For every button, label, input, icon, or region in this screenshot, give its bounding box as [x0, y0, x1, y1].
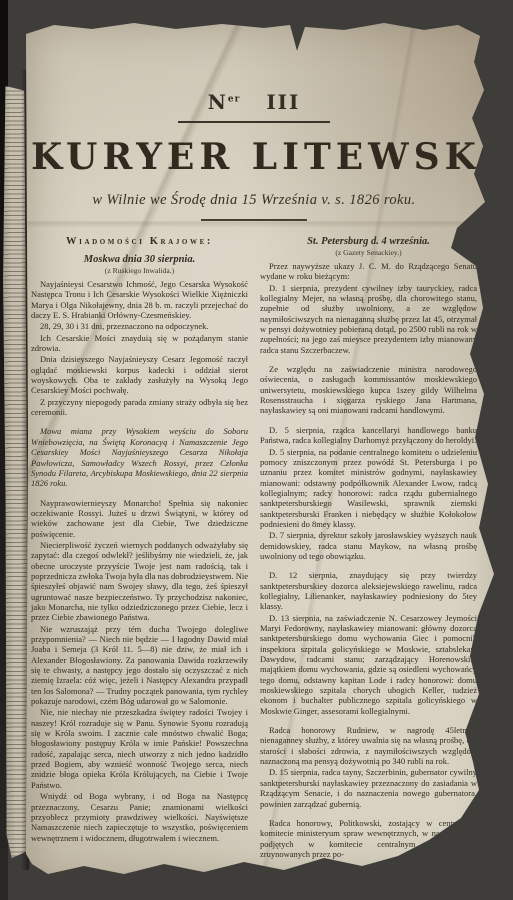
- newspaper-page: NerIII KURYER LITEWSKI w Wilnie we Środę…: [26, 18, 506, 882]
- paragraph: Wniydź od Boga wybrany, i od Boga na Nas…: [31, 791, 248, 843]
- paragraph: D. 12 sierpnia, znaydujący się przy twie…: [260, 570, 477, 611]
- article-columns: Wiadomości Krajowe: Moskwa dnia 30 sierp…: [31, 236, 477, 859]
- left-column: Wiadomości Krajowe: Moskwa dnia 30 sierp…: [31, 236, 248, 859]
- paragraph: Nayprawowiernieyszy Monarcho! Spełnia si…: [31, 498, 248, 539]
- right-article-source: (z Gazety Senackiey.): [260, 248, 477, 257]
- paragraph: D. 5 sierpnia, rządca kancellaryi handlo…: [260, 425, 477, 446]
- issue-prefix: N: [208, 90, 228, 114]
- issue-numeral: III: [266, 90, 300, 114]
- paragraph: Mowa miana przy Wysokiem weyściu do Sobo…: [31, 426, 248, 488]
- right-column: St. Petersburg d. 4 września. (z Gazety …: [260, 236, 477, 859]
- masthead: NerIII KURYER LITEWSKI w Wilnie we Środę…: [31, 18, 477, 221]
- paragraph: D. 15 sierpnia, radca tayny, Szczerbinin…: [260, 767, 477, 808]
- masthead-rule-bottom: [201, 219, 307, 221]
- paragraph: Ze względu na zaświadczenie ministra nar…: [260, 364, 477, 416]
- masthead-rule-top: [178, 121, 330, 123]
- left-article-source: (z Ruskiego Inwalida.): [31, 266, 248, 275]
- newspaper-title: KURYER LITEWSKI: [31, 136, 477, 178]
- paragraph: Dnia dzisieyszego Nayjaśnieyszy Cesarz J…: [31, 354, 248, 395]
- left-article-heading: Moskwa dnia 30 sierpnia.: [31, 254, 248, 265]
- section-heading: Wiadomości Krajowe:: [31, 236, 248, 247]
- paragraph: Przez naywyższe ukazy J. C. M. do Rządzą…: [260, 261, 477, 282]
- paragraph: Niecierpliwość życzeń wiernych poddanych…: [31, 540, 248, 623]
- scanned-newspaper-screenshot: NerIII KURYER LITEWSKI w Wilnie we Środę…: [0, 0, 513, 900]
- paragraph: D. 5 sierpnia, na podanie centralnego ko…: [260, 447, 477, 530]
- paragraph: D. 1 sierpnia, prezydent cywilney izby t…: [260, 283, 477, 355]
- paragraph: Radca honorowy Rudniew, w nagrodę 45letn…: [260, 725, 477, 766]
- paragraph: Z przyczyny niepogody parada zmiany stra…: [31, 397, 248, 418]
- paragraph: D. 7 sierpnia, dyrektor szkoły jarosławs…: [260, 530, 477, 561]
- page-content: NerIII KURYER LITEWSKI w Wilnie we Środę…: [31, 18, 477, 859]
- paragraph: Nie wzruszająż przy tém ducha Twojego do…: [31, 624, 248, 707]
- paragraph: Nayjaśnieysi Cesarstwo Ichmość, Jego Ces…: [31, 279, 248, 320]
- paragraph: Radca honorowy, Politkowski, zostający w…: [260, 818, 477, 859]
- issue-number-line: NerIII: [31, 90, 477, 114]
- dateline: w Wilnie we Środę dnia 15 Września v. s.…: [31, 192, 477, 209]
- right-article-heading: St. Petersburg d. 4 września.: [260, 236, 477, 247]
- paragraph: Ich Cesarskie Mości znayduią się w pożąd…: [31, 333, 248, 354]
- issue-superscript: er: [228, 94, 240, 104]
- paragraph: D. 13 sierpnia, na zaświadczenie N. Cesa…: [260, 613, 477, 716]
- paragraph: 28, 29, 30 i 31 dni, przeznaczono na odp…: [31, 321, 248, 331]
- paragraph: Nie, nie niechay nie przeszkadza świętey…: [31, 707, 248, 790]
